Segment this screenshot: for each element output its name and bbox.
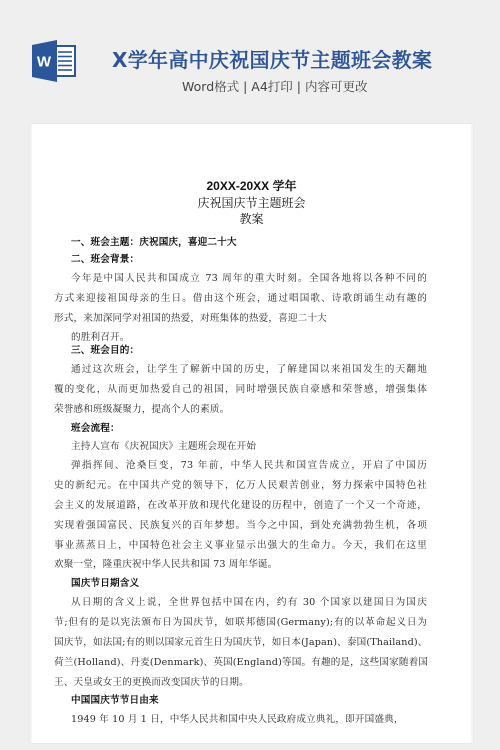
section-heading: 一、班会主题：庆祝国庆，喜迎二十大	[71, 234, 237, 248]
paragraph-line: 荷兰(Holland)、丹麦(Denmark)、英国(England)等国。有趣…	[54, 654, 427, 668]
paragraph-line: 会主义的发展道路，在改革开放和现代化建设的历程中，创造了一个又一个奇迹，	[54, 497, 427, 511]
paragraph-line: 方式来迎接祖国母亲的生日。借由这个班会，通过唱国歌、诗歌朗诵生动有趣的	[54, 290, 427, 304]
document-title-main: 庆祝国庆节主题班会	[32, 194, 471, 211]
paragraph-line: 王、天皇或女王的更换而改变国庆节的日期。	[54, 674, 249, 688]
paragraph-line: 实现着强国富民、民族复兴的百年梦想。当今之中国，到处充满勃勃生机，各项	[54, 517, 427, 531]
paragraph-line: 通过这次班会，让学生了解新中国的历史，了解建国以来祖国发生的天翻地	[71, 361, 427, 375]
paragraph-line: 从日期的含义上说，全世界包括中国在内，约有 30 个国家以建国日为国庆	[71, 594, 427, 608]
document-title-year: 20XX-20XX 学年	[32, 177, 471, 194]
paragraph-line: 节;但有的是以宪法颁布日为国庆节，如联邦德国(Germany);有的以革命起义日…	[54, 614, 427, 628]
paragraph-line: 1949 年 10 月 1 日，中华人民共和国中央人民政府成立典礼，即开国盛典，	[71, 711, 404, 725]
section-heading: 班会流程：	[71, 420, 120, 434]
document-title-sub: 教案	[32, 210, 471, 227]
paragraph-line: 今年是中国人民共和国成立 73 周年的重大时刻。全国各地将以各种不同的	[71, 270, 427, 284]
paragraph-line: 荣誉感和班级凝聚力，提高个人的素质。	[54, 401, 229, 415]
word-document-icon: W	[32, 40, 77, 82]
page-header: W X学年高中庆祝国庆节主题班会教案 Word格式 | A4打印 | 内容可更改	[0, 0, 500, 118]
paragraph-line: 主持人宣布《庆祝国庆》主题班会现在开始	[71, 438, 256, 452]
paragraph-line: 覆的变化，从而更加热爱自己的祖国，同时增强民族自豪感和荣誉感，增强集体	[54, 381, 427, 395]
section-heading: 三、班会目的：	[71, 342, 139, 356]
svg-text:W: W	[37, 54, 52, 71]
paragraph-line: 国庆节，如法国;有的则以国家元首生日为国庆节，如日本(Japan)、泰国(Tha…	[54, 634, 427, 648]
section-heading: 国庆节日期含义	[71, 575, 139, 589]
section-heading: 二、班会背景：	[71, 251, 139, 265]
paragraph-line: 形式，来加深同学对祖国的热爱，对班集体的热爱，喜迎二十大	[54, 310, 327, 324]
document-page: 20XX-20XX 学年 庆祝国庆节主题班会 教案 一、班会主题：庆祝国庆，喜迎…	[30, 124, 473, 743]
page-subtitle: Word格式 | A4打印 | 内容可更改	[182, 77, 367, 95]
page-title: X学年高中庆祝国庆节主题班会教案	[112, 44, 432, 73]
section-heading: 中国国庆节节日由来	[71, 692, 159, 706]
paragraph-line: 事业蒸蒸日上，中国特色社会主义事业显示出强大的生命力。今天，我们在这里	[54, 537, 427, 551]
paragraph-line: 的胜利召开。	[71, 329, 129, 343]
paragraph-line: 史的新纪元。在中国共产党的领导下，亿万人民艰苦创业，努力探索中国特色社	[54, 477, 427, 491]
paragraph-line: 欢聚一堂，隆重庆祝中华人民共和国 73 周年华诞。	[54, 556, 278, 570]
paragraph-line: 弹指挥间、沧桑巨变，73 年前，中华人民共和国宣告成立，开启了中国历	[71, 457, 427, 471]
